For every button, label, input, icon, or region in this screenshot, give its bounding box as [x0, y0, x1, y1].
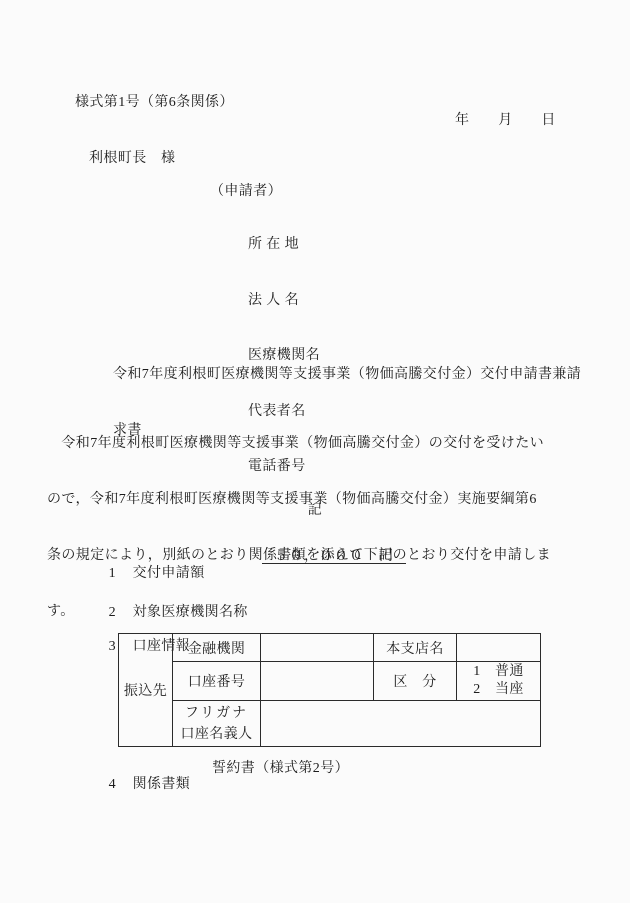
applicant-field-corporate-name: 法 人 名 [248, 292, 320, 311]
account-type-options-cell: 1 普通2 当座 [457, 662, 541, 701]
item-label: 交付申請額 [133, 566, 205, 581]
account-number-value-cell [261, 662, 374, 701]
account-type-option-current: 2 当座 [473, 682, 524, 697]
branch-label-cell: 本支店名 [374, 634, 457, 662]
section-marker: 記 [0, 499, 630, 519]
item-label: 関係書類 [133, 777, 191, 792]
account-number-label-cell: 口座番号 [173, 662, 261, 701]
body-line: 令和7年度利根町医療機関等支援事業（物価高騰交付金）の交付を受けたい [47, 435, 551, 454]
holder-label: 口座名義人 [181, 727, 253, 742]
branch-value-cell [457, 634, 541, 662]
item-label: 対象医療機関名称 [133, 605, 248, 620]
item-number: 4 [109, 777, 133, 793]
addressee: 利根町長 様 [89, 147, 175, 167]
date-line: 年 月 日 [455, 109, 556, 129]
account-type-label-cell: 区 分 [374, 662, 457, 701]
bank-value-cell [261, 634, 374, 662]
grant-amount-value: ５０，０００ 円 [262, 545, 406, 564]
holder-value-cell [261, 701, 541, 747]
account-table: 振込先 金融機関 本支店名 口座番号 区 分 1 普通2 当座 フリガナ口座名義… [118, 633, 541, 747]
furigana-holder-label-cell: フリガナ口座名義人 [173, 701, 261, 747]
applicant-field-address: 所 在 地 [248, 236, 320, 255]
bank-label-cell: 金融機関 [173, 634, 261, 662]
item-related-documents: 4関係書類 [93, 757, 190, 809]
item-number: 1 [109, 566, 133, 582]
application-form-page: 様式第1号（第6条関係） 年 月 日 利根町長 様 （申請者） 所 在 地 法 … [0, 0, 630, 903]
related-documents-value: 誓約書（様式第2号） [212, 757, 349, 777]
account-type-option-ordinary: 1 普通 [473, 664, 524, 679]
furigana-label: フリガナ [185, 706, 248, 721]
document-title-line1: 令和7年度利根町医療機関等支援事業（物価高騰交付金）交付申請書兼請 [113, 366, 581, 385]
form-number: 様式第1号（第6条関係） [75, 91, 234, 111]
applicant-label: （申請者） [210, 180, 282, 200]
transfer-destination-cell: 振込先 [119, 634, 173, 747]
